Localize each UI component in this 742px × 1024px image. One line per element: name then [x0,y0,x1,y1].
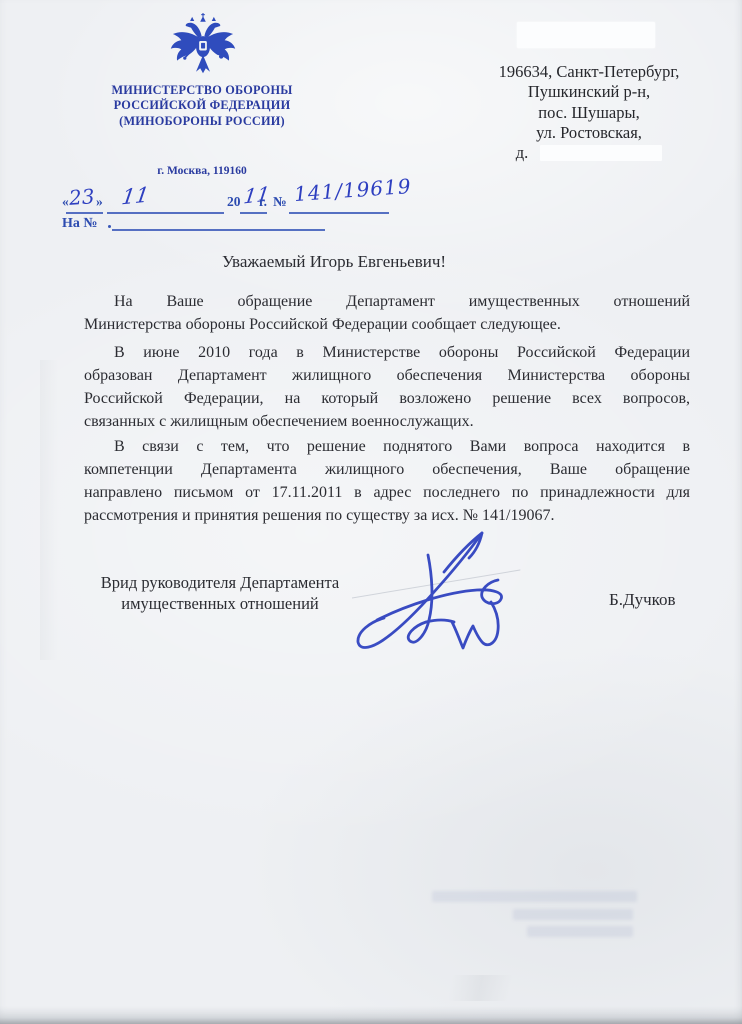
handwritten-outgoing-number: 141/19619 [293,174,412,206]
quote-open: « [62,194,69,210]
blank-line [112,229,325,231]
paper-crease [330,975,630,1001]
handwritten-day: 23 [68,184,95,210]
letterhead-city-line: г. Москва, 119160 [82,165,322,177]
signer-title-line: Врид руководителя Департамента [86,572,354,593]
paragraph: В связи с тем, что решение поднятого Вам… [84,435,690,527]
signer-name: Б.Дучков [609,590,676,610]
blank-line [66,212,103,214]
salutation: Уважаемый Игорь Евгеньевич! [84,252,584,272]
org-name-line: РОССИЙСКОЙ ФЕДЕРАЦИИ [82,98,322,113]
redaction-box [540,145,662,161]
reply-reference-label: На № [62,216,97,232]
blank-line [289,212,389,214]
house-prefix: д. [516,143,529,162]
blank-line [240,212,267,214]
blank-line [107,212,224,214]
paragraph-line: На Ваше обращение Департамент имуществен… [84,290,690,313]
scanned-letter-page: МИНИСТЕРСТВО ОБОРОНЫ РОССИЙСКОЙ ФЕДЕРАЦИ… [0,0,742,1024]
signer-title-line: имущественных отношений [86,593,354,614]
bleed-through-artifact [432,891,637,902]
paragraph-line: направлено письмом от 17.11.2011 в адрес… [84,481,690,504]
org-name-line: МИНИСТЕРСТВО ОБОРОНЫ [82,83,322,98]
handwritten-month: 11 [120,183,151,210]
redaction-box [517,22,655,48]
year-century-printed: 20 [227,194,241,210]
paragraph-line: Министерства обороны Российской Федераци… [84,313,690,336]
org-name-line: (МИНОБОРОНЫ РОССИИ) [82,114,322,129]
paragraph-line: образован Департамент жилищного обеспече… [84,364,690,387]
quote-close: » [96,194,103,210]
recipient-line: Пушкинский р-н, [454,82,724,102]
paragraph-line: В июне 2010 года в Министерстве обороны … [84,341,690,364]
paragraph: На Ваше обращение Департамент имуществен… [84,290,690,336]
number-sign: № [273,194,287,210]
paragraph-line: компетенции Департамента жилищного обесп… [84,458,690,481]
bleed-through-artifact [513,909,633,920]
scan-bottom-edge [0,1006,742,1024]
recipient-line: 196634, Санкт-Петербург, [454,62,724,82]
paragraph-line: В связи с тем, что решение поднятого Вам… [84,435,690,458]
recipient-line: пос. Шушары, [454,103,724,123]
paragraph-line: Российской Федерации, на который возложе… [84,387,690,410]
paper-crease [40,360,58,660]
recipient-address: 196634, Санкт-Петербург, Пушкинский р-н,… [454,62,724,163]
paragraph-line: связанных с жилищным обеспечением военно… [84,410,690,433]
letterhead-org-block: МИНИСТЕРСТВО ОБОРОНЫ РОССИЙСКОЙ ФЕДЕРАЦИ… [82,83,322,129]
recipient-house-line: д. [454,143,724,163]
paragraph: В июне 2010 года в Министерстве обороны … [84,341,690,433]
recipient-line: ул. Ростовская, [454,123,724,143]
handwritten-signature-icon [352,520,527,665]
double-headed-eagle-emblem-icon [168,13,238,76]
ink-dot [108,225,111,228]
signer-title: Врид руководителя Департамента имуществе… [86,572,354,614]
bleed-through-artifact [527,926,633,937]
year-suffix: г. [259,194,267,210]
